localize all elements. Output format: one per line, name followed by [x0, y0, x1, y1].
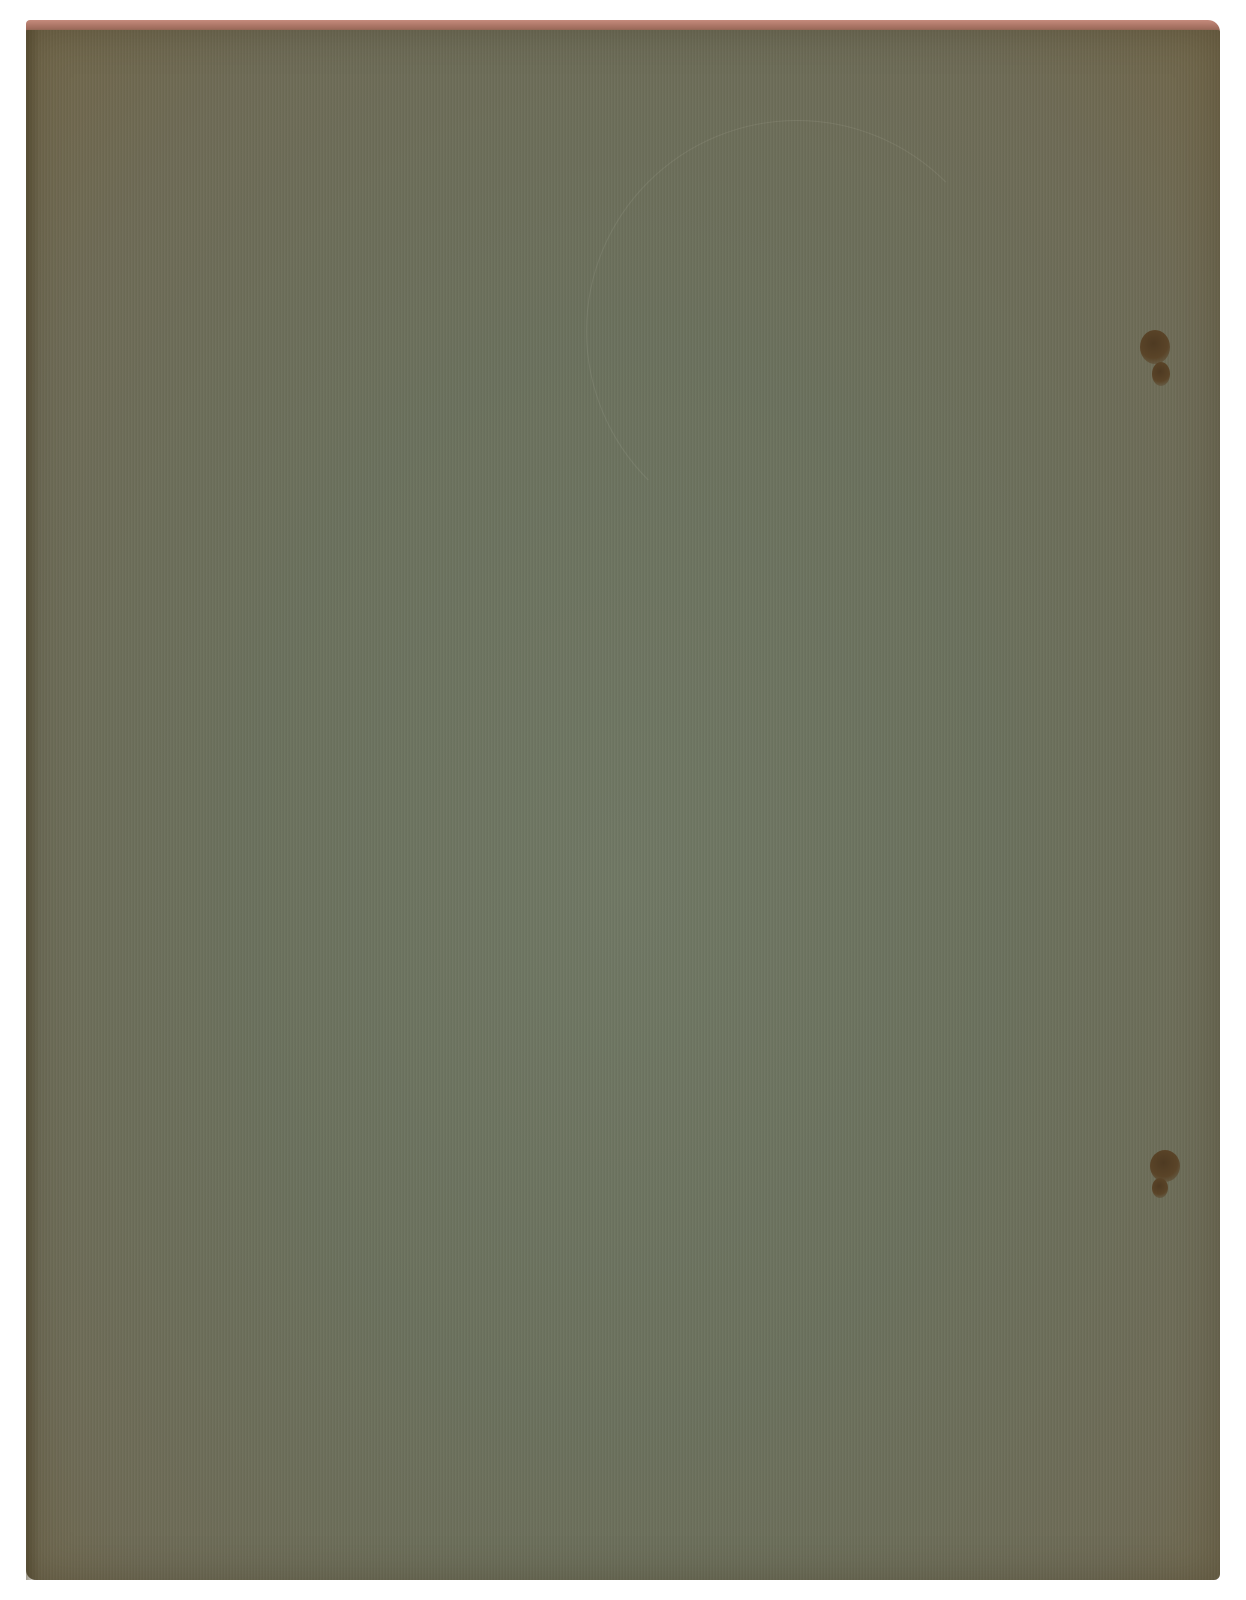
upper-punch-stain-tail	[1152, 362, 1170, 386]
document-cover	[26, 30, 1220, 1580]
cover-left-shadow	[26, 30, 40, 1580]
upper-punch-stain	[1140, 330, 1170, 364]
lower-punch-stain-tail	[1152, 1178, 1168, 1198]
lower-punch-stain	[1150, 1150, 1180, 1182]
